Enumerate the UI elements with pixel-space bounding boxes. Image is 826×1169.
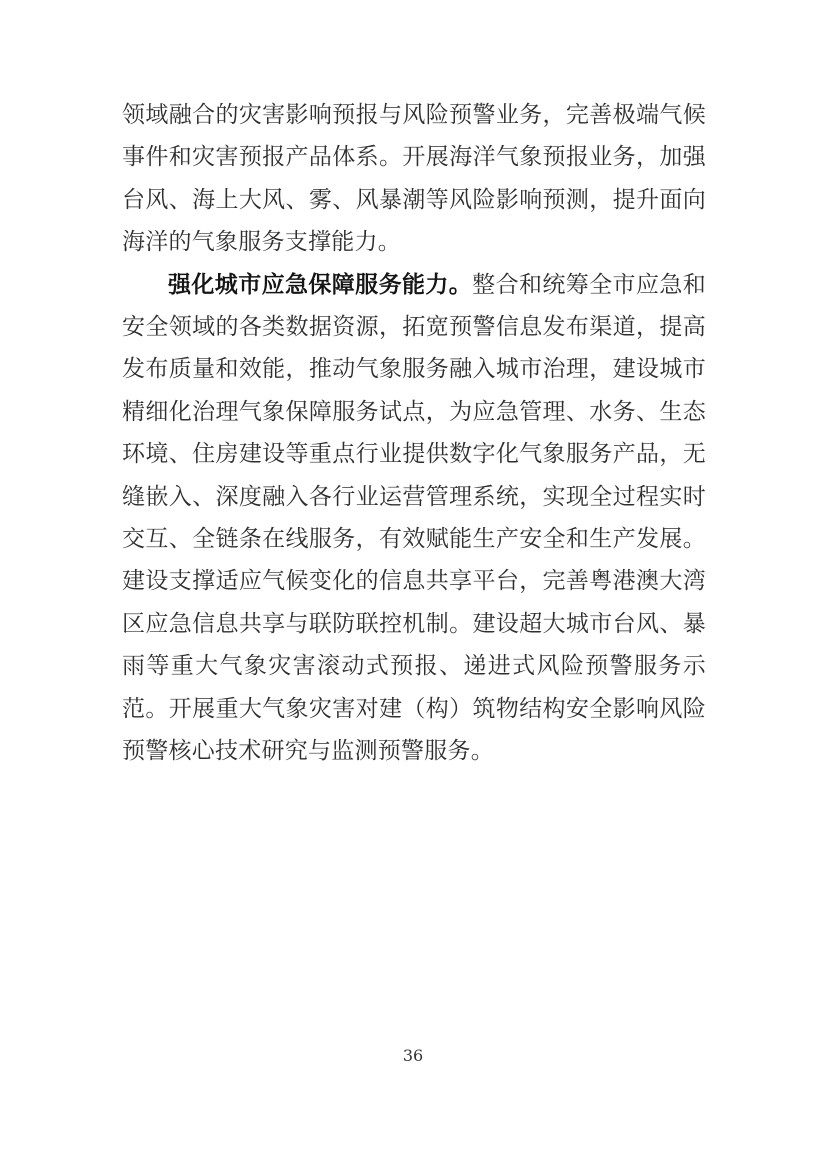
paragraph: 强化城市应急保障服务能力。整合和统筹全市应急和安全领域的各类数据资源，拓宽预警信… (122, 264, 706, 773)
document-page: 领域融合的灾害影响预报与风险预警业务，完善极端气候事件和灾害预报产品体系。开展海… (0, 0, 826, 1169)
paragraph-text: 领域融合的灾害影响预报与风险预警业务，完善极端气候事件和灾害预报产品体系。开展海… (122, 102, 706, 255)
paragraph: 领域融合的灾害影响预报与风险预警业务，完善极端气候事件和灾害预报产品体系。开展海… (122, 94, 706, 264)
page-body-text: 领域融合的灾害影响预报与风险预警业务，完善极端气候事件和灾害预报产品体系。开展海… (122, 94, 706, 773)
page-number: 36 (0, 1046, 826, 1066)
paragraph-lead-heading: 强化城市应急保障服务能力。 (168, 271, 472, 298)
paragraph-text: 整合和统筹全市应急和安全领域的各类数据资源，拓宽预警信息发布渠道，提高发布质量和… (122, 272, 706, 764)
